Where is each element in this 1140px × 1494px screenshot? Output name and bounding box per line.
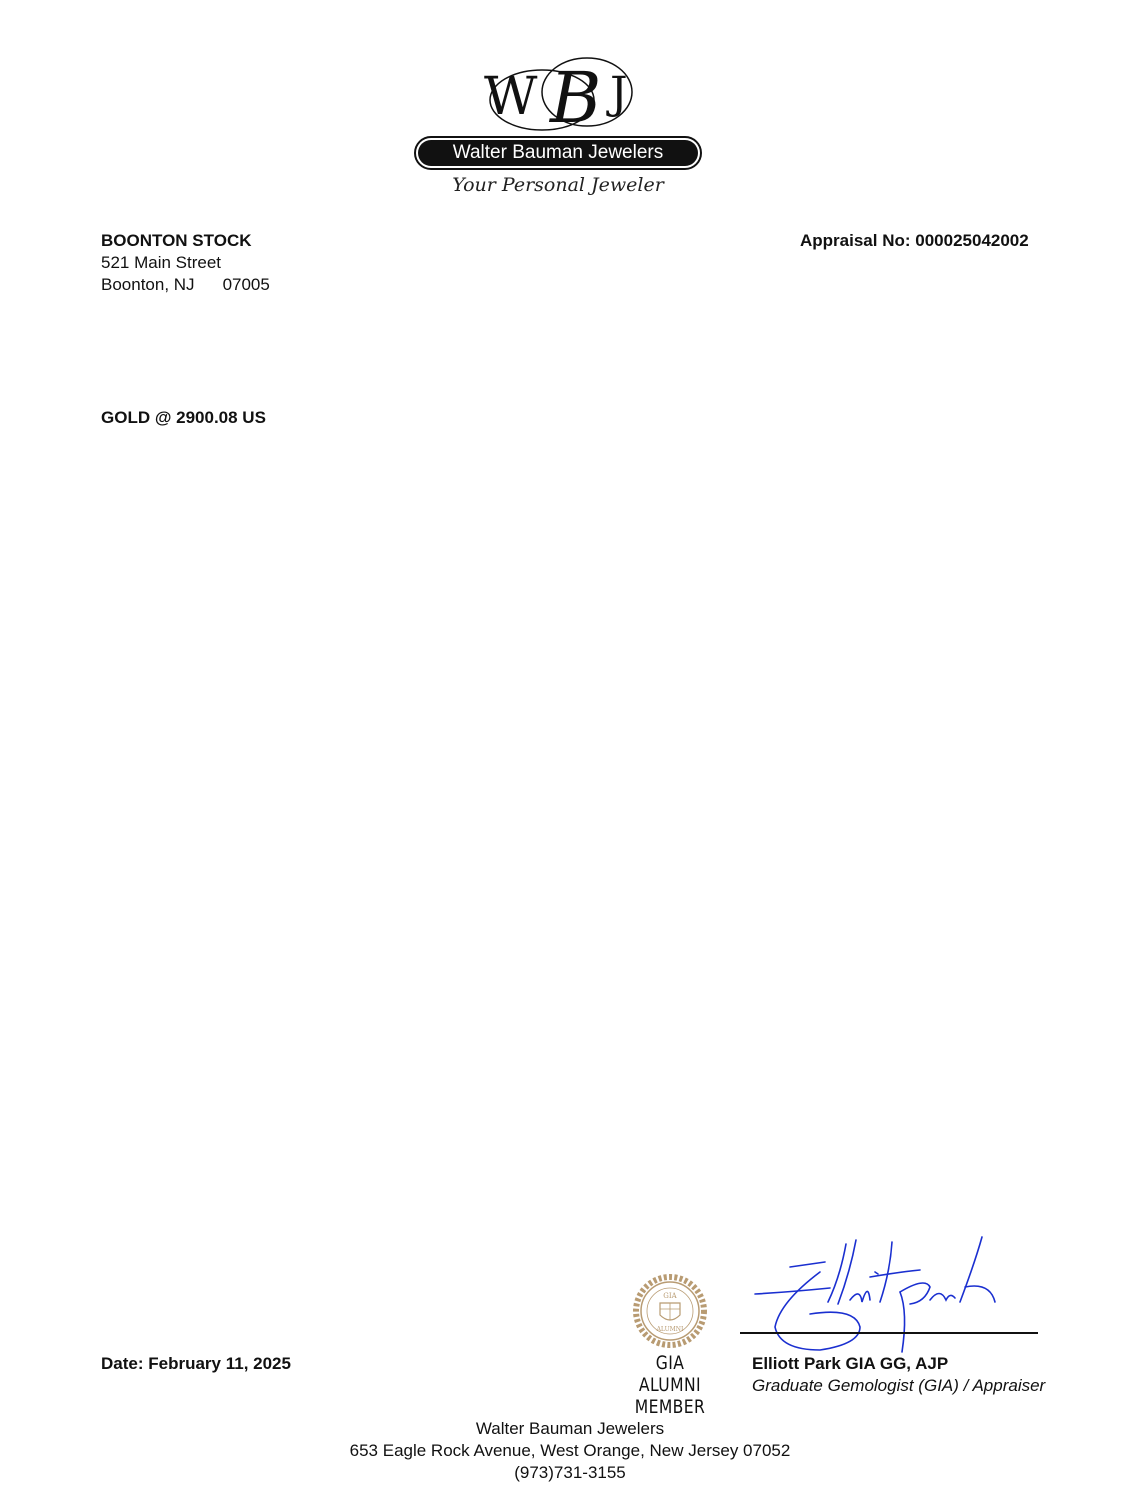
- signer-name: Elliott Park GIA GG, AJP: [752, 1353, 948, 1375]
- svg-text:W: W: [484, 67, 538, 127]
- footer-address: 653 Eagle Rock Avenue, West Orange, New …: [0, 1440, 1140, 1462]
- date-line: Date: February 11, 2025: [101, 1353, 291, 1375]
- footer-company: Walter Bauman Jewelers: [0, 1418, 1140, 1440]
- signature-line: [740, 1332, 1038, 1334]
- svg-text:J: J: [606, 68, 628, 119]
- customer-street: 521 Main Street: [101, 252, 221, 274]
- footer-phone: (973)731-3155: [0, 1462, 1140, 1484]
- svg-text:B: B: [548, 57, 601, 137]
- gold-price: GOLD @ 2900.08 US: [101, 407, 266, 429]
- appraisal-label: Appraisal No:: [800, 231, 911, 250]
- customer-city-state: Boonton, NJ: [101, 275, 195, 294]
- tagline: Your Personal Jeweler: [412, 174, 704, 196]
- wbj-monogram-icon: W B J: [472, 52, 652, 137]
- appraisal-number-line: Appraisal No: 000025042002: [800, 230, 1029, 252]
- svg-text:ALUMNI: ALUMNI: [656, 1326, 684, 1333]
- date-value: February 11, 2025: [148, 1354, 291, 1373]
- svg-text:GIA: GIA: [663, 1292, 677, 1300]
- customer-name: BOONTON STOCK: [101, 230, 252, 252]
- customer-city-line: Boonton, NJ07005: [101, 274, 270, 296]
- appraisal-number: 000025042002: [915, 231, 1028, 250]
- gia-seal-icon: GIA ALUMNI: [620, 1274, 720, 1350]
- company-logo: W B J Walter Bauman Jewelers Your Person…: [412, 52, 704, 202]
- signature-icon: [750, 1232, 1010, 1357]
- company-name-banner: Walter Bauman Jewelers: [414, 136, 702, 170]
- gia-alumni-label: GIA ALUMNI MEMBER: [629, 1352, 711, 1418]
- date-label: Date:: [101, 1354, 144, 1373]
- gia-alumni-badge: GIA ALUMNI GIA ALUMNI MEMBER: [620, 1274, 720, 1402]
- company-name: Walter Bauman Jewelers: [418, 140, 698, 166]
- signer-title: Graduate Gemologist (GIA) / Appraiser: [752, 1375, 1045, 1397]
- customer-zip: 07005: [223, 275, 270, 294]
